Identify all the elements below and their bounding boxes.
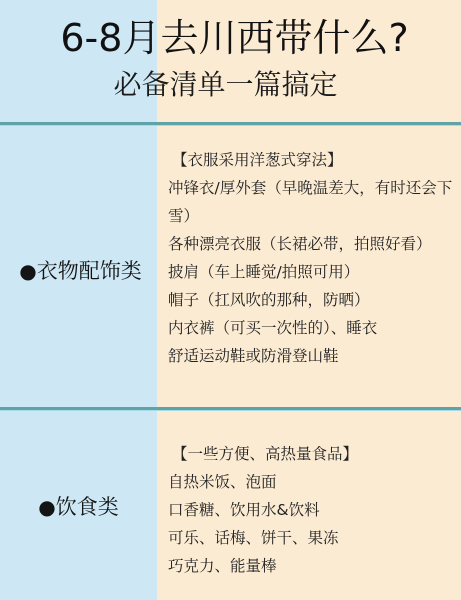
list-heading: 【一些方便、高热量食品】 <box>168 440 453 468</box>
list-item: 自热米饭、泡面 <box>168 468 453 496</box>
list-item: 各种漂亮衣服（长裙必带，拍照好看） <box>168 230 453 258</box>
section-divider <box>0 122 461 125</box>
food-checklist: 【一些方便、高热量食品】 自热米饭、泡面 口香糖、饮用水&饮料 可乐、话梅、饼干… <box>168 440 453 580</box>
category-text: 衣物配饰类 <box>37 259 142 283</box>
list-item: 口香糖、饮用水&饮料 <box>168 496 453 524</box>
list-item: 内衣裤（可买一次性的）、睡衣 <box>168 314 453 342</box>
list-item: 冲锋衣/厚外套（早晚温差大，有时还会下雪） <box>168 174 453 230</box>
list-item: 帽子（扛风吹的那种，防晒） <box>168 286 453 314</box>
list-heading: 【衣服采用洋葱式穿法】 <box>168 146 453 174</box>
clothing-checklist: 【衣服采用洋葱式穿法】 冲锋衣/厚外套（早晚温差大，有时还会下雪） 各种漂亮衣服… <box>168 146 453 370</box>
bullet-icon: ● <box>38 495 55 519</box>
category-label-food: ●饮食类 <box>0 494 157 520</box>
list-item: 可乐、话梅、饼干、果冻 <box>168 524 453 552</box>
category-label-clothing: ●衣物配饰类 <box>0 258 157 284</box>
list-item: 舒适运动鞋或防滑登山鞋 <box>168 342 453 370</box>
page-title: 6-8月去川西带什么? <box>0 16 461 60</box>
category-text: 饮食类 <box>56 495 119 519</box>
list-item: 巧克力、能量棒 <box>168 552 453 580</box>
bullet-icon: ● <box>19 259 36 283</box>
section-divider <box>0 407 461 410</box>
page-subtitle: 必备清单一篇搞定 <box>0 68 461 102</box>
list-item: 披肩（车上睡觉/拍照可用） <box>168 258 453 286</box>
